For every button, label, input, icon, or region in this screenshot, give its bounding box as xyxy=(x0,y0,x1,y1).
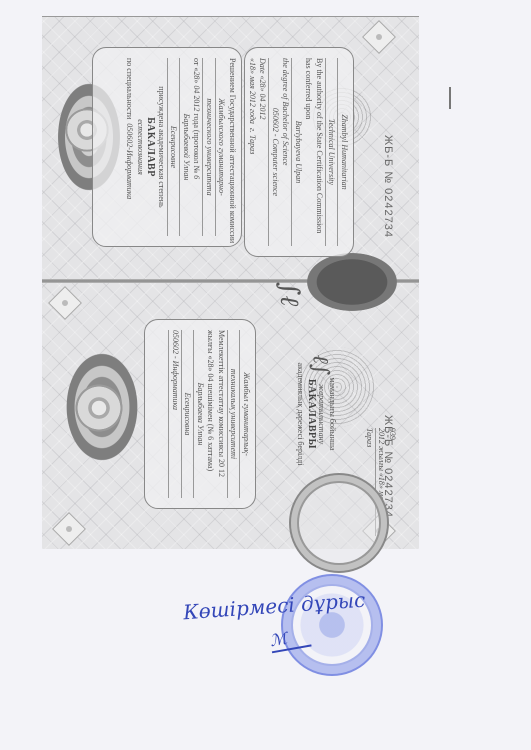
kz-commission: Мемлекеттік аттестаттау комиссиясы 20 12 xyxy=(216,330,227,498)
serial-number-top: ЖБ-Б № 0242734 xyxy=(382,135,394,238)
ru-specialty-line: по специальности 050602-Информатика xyxy=(124,58,135,236)
scanned-diploma: Решением Государственной аттестационной … xyxy=(42,16,419,549)
ru-date-line: от «28» 04 2012 года (протокол № 6 xyxy=(191,58,202,236)
corner-ornament-icon xyxy=(48,286,82,320)
ru-holder-name: Барлыбаевой Улпан xyxy=(180,58,192,236)
kazakh-text-panel-1: Жамбыл гуманитарлық- техникалық универси… xyxy=(144,319,256,509)
scan-edge-mark xyxy=(449,87,451,109)
kz-date-line: жылғы «28» 04 шешімімен (№ 6 хаттама) xyxy=(205,330,216,498)
ru-degree: БАКАЛАВР xyxy=(145,58,156,236)
ru-field: естествознания xyxy=(135,58,146,236)
ru-holder-patronymic: Есенрисовне xyxy=(167,58,179,236)
en-holder-name: Barlybayeva Ulpan xyxy=(292,58,304,246)
en-authority: By the authority of the State Certificat… xyxy=(314,58,325,246)
en-degree: the degree of Bachelor of Science xyxy=(280,58,291,246)
kz-awarded: академиялық дәрежесі берілді xyxy=(295,330,306,498)
secretary-signature: ℓ∫ xyxy=(307,355,333,376)
en-conferred: has conferred upon xyxy=(303,58,314,246)
kz-holder-patronymic: Есенрисовна xyxy=(181,330,193,498)
rector-signature: ∫ℓ xyxy=(274,282,304,306)
en-issue-line: «18» мая 2012 года г. Тараз xyxy=(247,58,258,246)
corner-ornament-icon xyxy=(362,20,396,54)
english-text-panel: Zhambyl Humanitarian Technical Universit… xyxy=(244,47,354,257)
ru-institution-2: технического университета xyxy=(203,58,215,236)
kz-specialty: 050602 - Информатика xyxy=(169,330,181,498)
corner-ornament-icon xyxy=(52,512,86,546)
en-specialty: 050602 - Computer science xyxy=(269,58,281,246)
en-institution-2: Technical University xyxy=(325,58,337,246)
ru-intro: Решением Государственной аттестационной … xyxy=(227,58,238,236)
ru-institution-1: Жамбылского гуманитарно- xyxy=(215,58,227,236)
kz-institution-1: Жамбыл гуманитарлық- xyxy=(240,330,252,498)
en-date: Date «28» 04 2012 xyxy=(257,58,268,246)
kz-holder-name: Барлыбаева Улпан xyxy=(194,330,206,498)
kz-institution-2: техникалық университеті xyxy=(227,330,239,498)
state-emblem-icon xyxy=(74,383,124,433)
ru-awarded: присуждена академическая степень xyxy=(156,58,167,236)
dark-ornament-tab xyxy=(307,253,397,311)
russian-text-panel: Решением Государственной аттестационной … xyxy=(92,47,242,247)
en-institution-1: Zhambyl Humanitarian xyxy=(338,58,350,246)
university-seal xyxy=(289,473,389,573)
